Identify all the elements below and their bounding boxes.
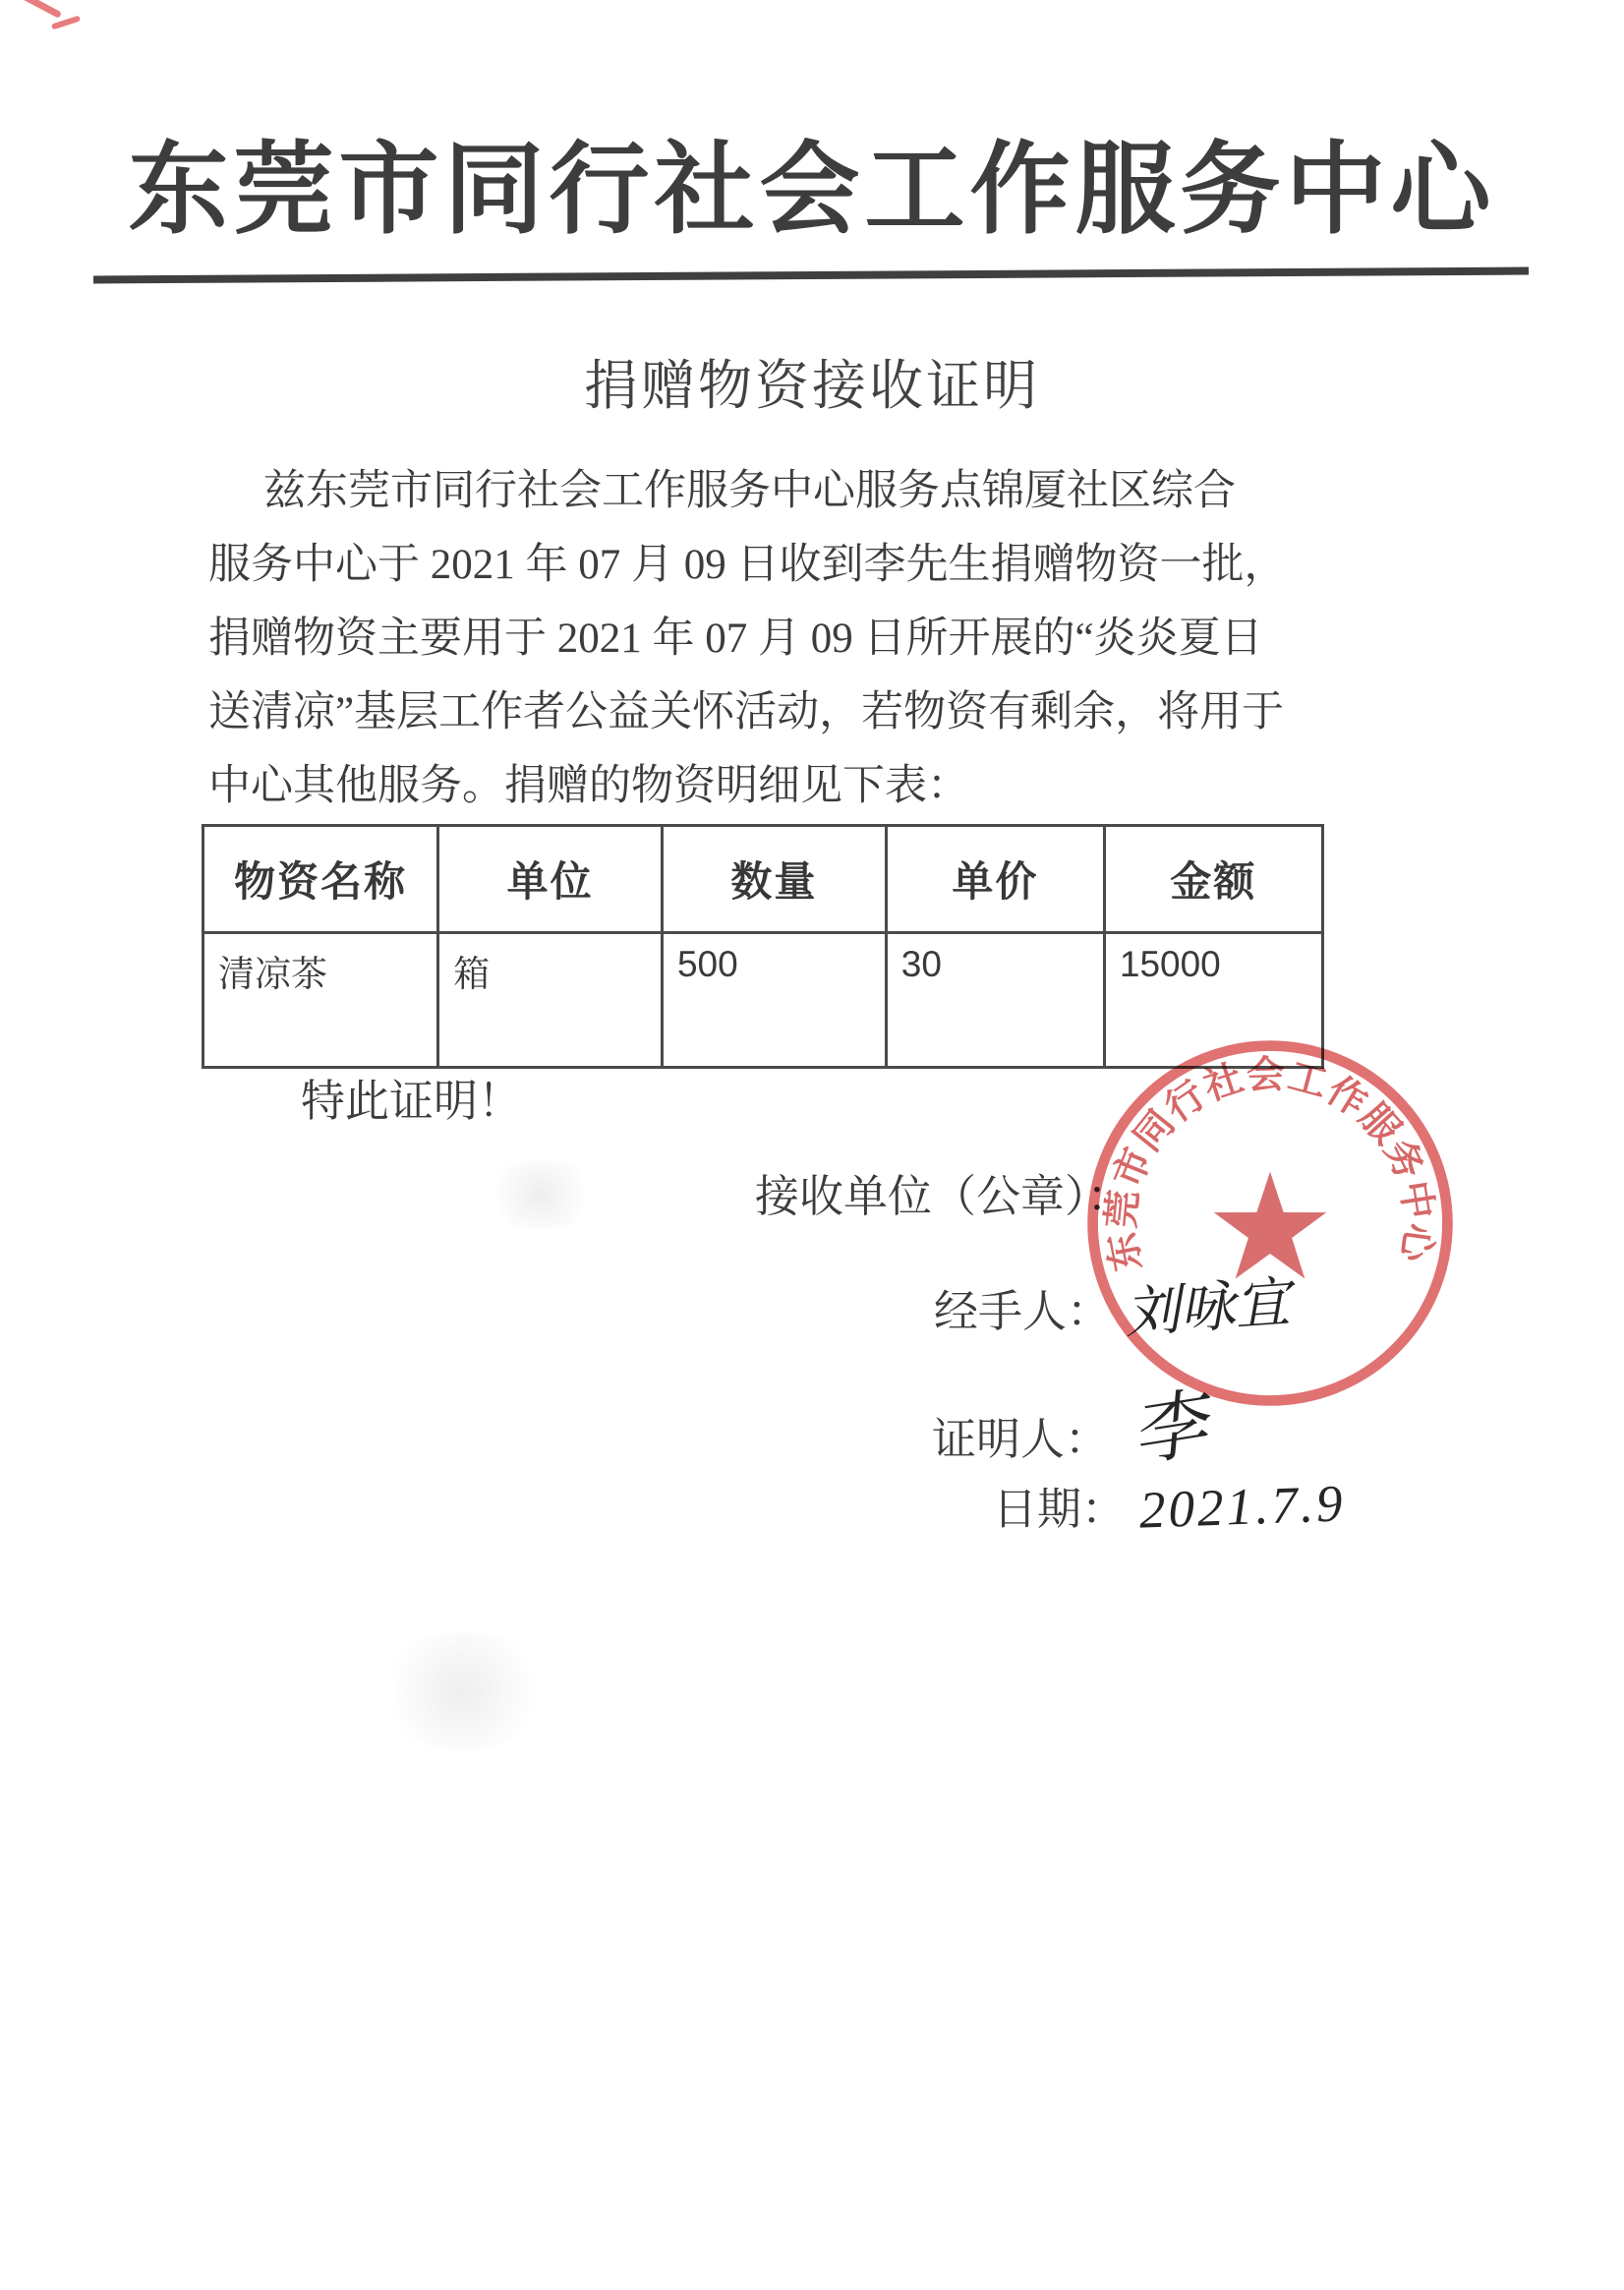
header-unit: 单位 [438,826,663,933]
svg-text:东莞市同行社会工作服务中心: 东莞市同行社会工作服务中心 [1100,1054,1440,1275]
date-line: 日期：2021.7.9 [993,1473,1346,1537]
body-line: 服务中心于 2021 年 07 月 09 日收到李先生捐赠物资一批， [208,528,1359,602]
body-line: 送清凉”基层工作者公益关怀活动，若物资有剩余，将用于 [208,675,1359,749]
receiver-label: 接收单位（公章）： [755,1172,1131,1221]
cell-unit-price: 30 [886,933,1104,1068]
body-line: 兹东莞市同行社会工作服务中心服务点锦厦社区综合 [208,454,1359,528]
header-amount: 金额 [1104,826,1322,933]
witness-signature: 李 [1123,1364,1213,1482]
scanned-document-page: 东莞市同行社会工作服务中心 捐赠物资接收证明 兹东莞市同行社会工作服务中心服务点… [0,0,1624,2290]
cell-quantity: 500 [662,933,886,1068]
header-material-name: 物资名称 [203,826,438,933]
date-value: 2021.7.9 [1138,1474,1346,1540]
stamp-ring-text: 东莞市同行社会工作服务中心 [1100,1054,1440,1275]
body-line: 捐赠物资主要用于 2021 年 07 月 09 日所开展的“炎炎夏日 [208,602,1359,675]
header-quantity: 数量 [662,826,886,933]
document-title: 捐赠物资接收证明 [0,342,1624,420]
cell-unit: 箱 [438,933,663,1068]
scan-red-mark [21,0,62,19]
witness-line: 证明人：李 [932,1369,1205,1476]
receiver-line: 接收单位（公章）： [755,1160,1131,1224]
materials-table: 物资名称 单位 数量 单价 金额 清凉茶 箱 500 30 15000 [202,824,1324,1069]
scan-red-mark [51,16,81,30]
witness-label: 证明人： [932,1415,1109,1464]
header-divider [93,267,1529,284]
scan-smudge [374,1632,551,1750]
table-header-row: 物资名称 单位 数量 单价 金额 [203,826,1323,933]
body-paragraph: 兹东莞市同行社会工作服务中心服务点锦厦社区综合 服务中心于 2021 年 07 … [208,454,1359,823]
body-line: 中心其他服务。捐赠的物资明细见下表： [208,749,1359,823]
scan-smudge [482,1160,600,1229]
handler-line: 经手人：刘咏宜 [934,1264,1290,1343]
handler-label: 经手人： [934,1287,1111,1336]
cell-material-name: 清凉茶 [203,933,438,1068]
table-row: 清凉茶 箱 500 30 15000 [203,933,1323,1068]
certify-statement: 特此证明！ [301,1065,522,1129]
organization-name: 东莞市同行社会工作服务中心 [0,110,1624,254]
cell-amount: 15000 [1104,933,1322,1068]
official-stamp: 东莞市同行社会工作服务中心 [1079,1032,1461,1414]
header-unit-price: 单价 [886,826,1104,933]
handler-signature: 刘咏宜 [1122,1259,1292,1349]
date-label: 日期： [993,1485,1126,1534]
